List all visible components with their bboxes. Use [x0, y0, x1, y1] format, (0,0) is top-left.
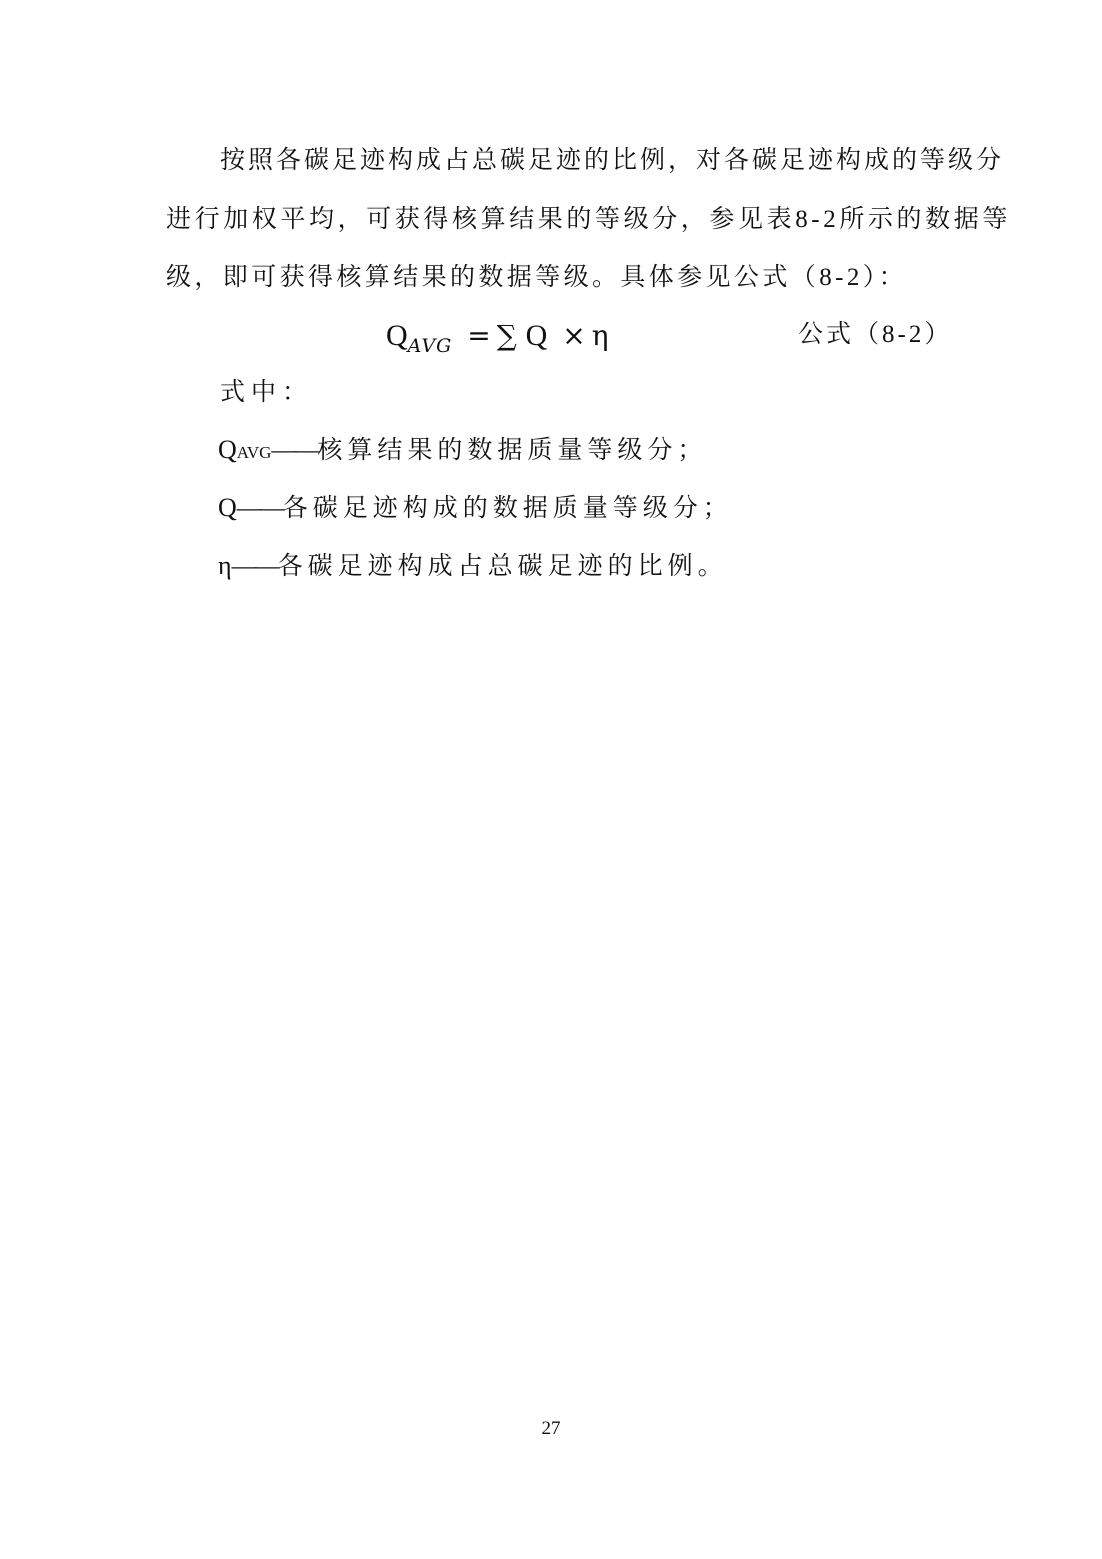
formula-lhs-subscript: AVG: [408, 335, 453, 357]
page-number: 27: [0, 1418, 1102, 1440]
formula-label: 公式（8-2）: [798, 320, 952, 350]
definition-q-avg: QAVG——核算结果的数据质量等级分；: [218, 435, 707, 468]
formula-rhs-q: Q: [526, 319, 548, 352]
definition-description: 各碳足迹构成占总碳足迹的比例。: [278, 553, 728, 580]
formula-8-2: QAVG =∑ Q ×η: [386, 316, 608, 366]
definition-description: 各碳足迹构成的数据质量等级分；: [283, 495, 733, 522]
formula-eta: η: [592, 319, 609, 352]
definition-q: Q——各碳足迹构成的数据质量等级分；: [218, 493, 733, 524]
definition-symbol: Q: [218, 493, 237, 522]
definition-dash: ——: [237, 495, 283, 522]
definition-eta: η——各碳足迹构成占总碳足迹的比例。: [218, 551, 728, 582]
definition-symbol: QAVG: [218, 435, 271, 464]
formula-equals: =: [461, 319, 496, 352]
definition-dash: ——: [232, 553, 278, 580]
definition-description: 核算结果的数据质量等级分；: [317, 437, 707, 464]
paragraph-line-2: 进行加权平均，可获得核算结果的等级分，参见表8-2所示的数据等: [166, 205, 1011, 235]
paragraph-line-1: 按照各碳足迹构成占总碳足迹的比例，对各碳足迹构成的等级分: [220, 146, 1004, 176]
where-label: 式中：: [220, 378, 313, 408]
sum-symbol: ∑: [497, 319, 517, 352]
formula-times: ×: [556, 319, 591, 352]
definition-symbol: η: [218, 551, 232, 580]
formula-lhs-symbol: Q: [386, 319, 408, 352]
paragraph-line-3: 级，即可获得核算结果的数据等级。具体参见公式（8-2）：: [166, 263, 907, 293]
definition-dash: ——: [271, 437, 317, 464]
document-page: 按照各碳足迹构成占总碳足迹的比例，对各碳足迹构成的等级分 进行加权平均，可获得核…: [0, 0, 1102, 1559]
